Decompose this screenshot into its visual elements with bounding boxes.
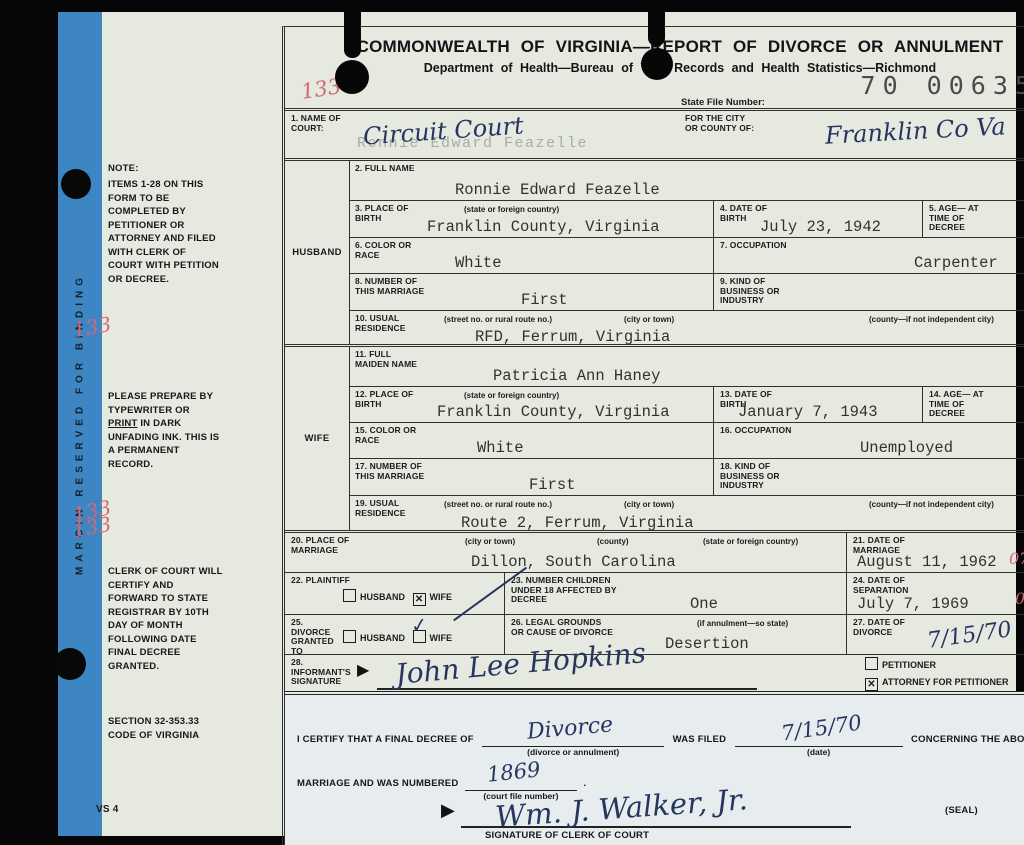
form-paper: MARGIN RESERVED FOR BINDING NOTE: ITEMS …	[58, 12, 1016, 836]
field-label: 10. USUAL RESIDENCE	[355, 314, 410, 333]
field-husband-full-name: 2. FULL NAME Ronnie Edward Feazelle	[349, 161, 1024, 201]
field-value: Dillon, South Carolina	[471, 553, 676, 571]
checkbox-attorney-label: ATTORNEY FOR PETITIONER	[882, 677, 1009, 687]
numbered-period: .	[583, 778, 586, 789]
field-value: First	[529, 476, 576, 494]
field-value: July 23, 1942	[760, 218, 881, 236]
field-husband-date-of-birth: 4. DATE OF BIRTH July 23, 1942	[714, 201, 923, 238]
binding-margin-stripe: MARGIN RESERVED FOR BINDING	[58, 12, 102, 836]
field-value: Ronnie Edward Feazelle	[455, 181, 660, 199]
petitioner-checkbox-row: PETITIONER	[865, 657, 936, 670]
field-children-under-18: 23. NUMBER CHILDREN UNDER 18 AFFECTED BY…	[505, 573, 847, 615]
field-value: Carpenter	[914, 254, 998, 272]
checkbox-attorney-checked: ✕	[865, 678, 878, 691]
field-hint: (street no. or rural route no.)	[444, 315, 552, 324]
field-label: 19. USUAL RESIDENCE	[355, 499, 410, 518]
note-typewriter: PLEASE PREPARE BY TYPEWRITER OR PRINT IN…	[108, 390, 222, 471]
field-label: 15. COLOR OR RACE	[355, 426, 425, 445]
field-value: Unemployed	[860, 439, 953, 457]
binder-mark-icon	[648, 0, 665, 46]
punch-hole-icon	[54, 648, 86, 680]
field-value-handwritten: 7/15/70	[926, 617, 1013, 654]
field-label: 25. DIVORCE GRANTED TO	[291, 618, 339, 656]
note-clerk: CLERK OF COURT WILL CERTIFY AND FORWARD …	[108, 565, 224, 673]
field-label: 20. PLACE OF MARRIAGE	[291, 536, 361, 555]
field-husband-number-of-marriage: 8. NUMBER OF THIS MARRIAGE First	[349, 274, 714, 311]
was-filed-label: WAS FILED	[673, 734, 727, 745]
field-hint: (state or foreign country)	[464, 205, 559, 214]
checkbox-petitioner	[865, 657, 878, 670]
checkbox-husband-label: HUSBAND	[360, 592, 405, 602]
field-wife-kind-of-business: 18. KIND OF BUSINESS OR INDUSTRY	[714, 459, 1024, 496]
field-value: Patricia Ann Haney	[493, 367, 660, 385]
court-for-label: FOR THE CITY OR COUNTY OF:	[685, 114, 760, 133]
field-wife-age: 14. AGE— AT TIME OF DECREE	[923, 387, 1024, 423]
checkbox-wife-label: WIFE	[430, 592, 453, 602]
field-label: 24. DATE OF SEPARATION	[853, 576, 923, 595]
field-informant-signature: 28. INFORMANT'S SIGNATURE ▶ John Lee Hop…	[285, 655, 847, 694]
decree-value-handwritten: Divorce	[526, 712, 614, 744]
signature-line	[377, 688, 757, 690]
wife-section: WIFE 11. FULL MAIDEN NAME Patricia Ann H…	[285, 344, 1024, 530]
state-file-number-stamp: 70 006358	[861, 71, 1024, 100]
checkbox-wife-label: WIFE	[430, 633, 453, 643]
field-husband-occupation: 7. OCCUPATION Carpenter	[714, 238, 1024, 274]
red-annotation: 07	[1009, 549, 1024, 568]
court-for-value: Franklin Co Va	[824, 112, 1006, 149]
field-label: 22. PLAINTIFF	[291, 576, 361, 586]
certify-line: I CERTIFY THAT A FINAL DECREE OF Divorce…	[297, 729, 1024, 747]
field-hint: (street no. or rural route no.)	[444, 500, 552, 509]
field-hint: (city or town)	[465, 537, 515, 546]
field-wife-occupation: 16. OCCUPATION Unemployed	[714, 423, 1024, 459]
state-file-number-label: State File Number:	[681, 97, 765, 108]
field-label: 23. NUMBER CHILDREN UNDER 18 AFFECTED BY…	[511, 576, 636, 605]
filed-date-handwritten: 7/15/70	[779, 710, 863, 745]
punch-hole-icon	[61, 169, 91, 199]
field-label: 5. AGE— AT TIME OF DECREE	[929, 204, 984, 233]
field-hint: (city or town)	[624, 315, 674, 324]
handwritten-check-icon: ✓	[410, 620, 428, 633]
field-value: July 7, 1969	[857, 595, 969, 613]
field-value: Franklin County, Virginia	[437, 403, 670, 421]
field-hint: (county—if not independent city)	[869, 500, 994, 509]
field-value: White	[477, 439, 524, 457]
field-value: White	[455, 254, 502, 272]
husband-section-label: HUSBAND	[285, 161, 350, 344]
field-hint: (state or foreign country)	[464, 391, 559, 400]
field-divorce-granted-to: 25. DIVORCE GRANTED TO HUSBAND ✓WIFE	[285, 615, 505, 655]
binder-mark-icon	[335, 60, 369, 94]
field-label: 26. LEGAL GROUNDS OR CAUSE OF DIVORCE	[511, 618, 616, 637]
checkbox-husband-label: HUSBAND	[360, 633, 405, 643]
field-plaintiff: 22. PLAINTIFF HUSBAND ✕WIFE	[285, 573, 505, 615]
field-date-of-separation: 24. DATE OF SEPARATION July 7, 1969 06	[847, 573, 1024, 615]
court-label: 1. NAME OF COURT:	[291, 114, 351, 133]
attorney-checkbox-row: ✕ATTORNEY FOR PETITIONER	[865, 677, 1009, 691]
red-annotation: 06	[1015, 589, 1024, 608]
field-label: 2. FULL NAME	[355, 164, 425, 174]
plaintiff-checkboxes: HUSBAND ✕WIFE	[343, 589, 452, 606]
field-husband-kind-of-business: 9. KIND OF BUSINESS OR INDUSTRY	[714, 274, 1024, 311]
field-value: Desertion	[665, 635, 749, 653]
field-label: 28. INFORMANT'S SIGNATURE	[291, 658, 351, 687]
note-typewriter-underlined: PRINT	[108, 418, 138, 429]
field-value: January 7, 1943	[738, 403, 878, 421]
divorce-report-form: COMMONWEALTH OF VIRGINIA—REPORT OF DIVOR…	[282, 26, 1024, 845]
field-label: 12. PLACE OF BIRTH	[355, 390, 425, 409]
note-title: NOTE:	[108, 162, 220, 176]
field-label: 27. DATE OF DIVORCE	[853, 618, 923, 637]
binding-margin-label: MARGIN RESERVED FOR BINDING	[58, 12, 102, 836]
field-label: 6. COLOR OR RACE	[355, 241, 425, 260]
binder-mark-icon	[344, 0, 361, 58]
field-date-of-divorce: 27. DATE OF DIVORCE 7/15/70	[847, 615, 1024, 655]
field-wife-color-or-race: 15. COLOR OR RACE White	[349, 423, 714, 459]
decree-fill: Divorce (divorce or annulment)	[482, 732, 664, 747]
decree-hint: (divorce or annulment)	[482, 747, 664, 757]
file-number-handwritten: 1869	[486, 757, 542, 786]
field-wife-full-name: 11. FULL MAIDEN NAME Patricia Ann Haney	[349, 347, 1024, 387]
note-typewriter-a: PLEASE PREPARE BY TYPEWRITER OR	[108, 391, 213, 416]
filed-date-fill: 7/15/70 (date)	[735, 732, 903, 747]
marriage-section: 20. PLACE OF MARRIAGE (city or town) (co…	[285, 530, 1024, 691]
field-wife-number-of-marriage: 17. NUMBER OF THIS MARRIAGE First	[349, 459, 714, 496]
field-hint: (county)	[597, 537, 629, 546]
checkbox-husband	[343, 630, 356, 643]
clerk-signature-label: SIGNATURE OF CLERK OF COURT	[485, 830, 649, 841]
field-wife-residence: 19. USUAL RESIDENCE (street no. or rural…	[349, 496, 1024, 533]
note-items: ITEMS 1-28 ON THIS FORM TO BE COMPLETED …	[108, 178, 222, 286]
checkbox-wife-checked: ✕	[413, 593, 426, 606]
field-date-of-marriage: 21. DATE OF MARRIAGE August 11, 1962 07	[847, 533, 1024, 573]
numbered-line: MARRIAGE AND WAS NUMBERED 1869 (court fi…	[297, 773, 586, 791]
certify-suffix: CONCERNING THE ABOVE	[911, 734, 1024, 745]
checkbox-wife-checked: ✓	[413, 630, 426, 643]
file-number-fill: 1869 (court file number)	[465, 776, 577, 791]
numbered-prefix: MARRIAGE AND WAS NUMBERED	[297, 778, 458, 789]
arrowhead-icon: ▶	[357, 663, 369, 679]
field-hint: (county—if not independent city)	[869, 315, 994, 324]
field-husband-place-of-birth: 3. PLACE OF BIRTH (state or foreign coun…	[349, 201, 714, 238]
field-label: 16. OCCUPATION	[720, 426, 810, 436]
checkbox-petitioner-label: PETITIONER	[882, 660, 936, 670]
field-wife-place-of-birth: 12. PLACE OF BIRTH (state or foreign cou…	[349, 387, 714, 423]
field-hint: (if annulment—so state)	[697, 619, 788, 628]
field-place-of-marriage: 20. PLACE OF MARRIAGE (city or town) (co…	[285, 533, 847, 573]
field-husband-residence: 10. USUAL RESIDENCE (street no. or rural…	[349, 311, 1024, 347]
arrowhead-icon: ▶	[441, 801, 455, 819]
field-label: 18. KIND OF BUSINESS OR INDUSTRY	[720, 462, 790, 491]
court-row: 1. NAME OF COURT: Ronnie Edward Feazelle…	[285, 108, 1024, 158]
field-husband-color-or-race: 6. COLOR OR RACE White	[349, 238, 714, 274]
field-hint: (city or town)	[624, 500, 674, 509]
field-label: 17. NUMBER OF THIS MARRIAGE	[355, 462, 425, 481]
husband-section: HUSBAND 2. FULL NAME Ronnie Edward Feaze…	[285, 158, 1024, 344]
field-label: 7. OCCUPATION	[720, 241, 810, 251]
margin-notes: NOTE: ITEMS 1-28 ON THIS FORM TO BE COMP…	[106, 12, 222, 836]
field-value: One	[690, 595, 718, 613]
checkbox-husband	[343, 589, 356, 602]
binder-mark-icon	[641, 48, 673, 80]
field-label: 11. FULL MAIDEN NAME	[355, 350, 425, 369]
field-hint: (state or foreign country)	[703, 537, 798, 546]
granted-to-checkboxes: HUSBAND ✓WIFE	[343, 630, 452, 643]
seal-label: (SEAL)	[945, 805, 978, 816]
wife-section-label: WIFE	[285, 347, 350, 530]
scanned-divorce-report: MARGIN RESERVED FOR BINDING NOTE: ITEMS …	[0, 0, 1024, 845]
certify-prefix: I CERTIFY THAT A FINAL DECREE OF	[297, 734, 474, 745]
field-value: August 11, 1962	[857, 553, 997, 571]
field-wife-date-of-birth: 13. DATE OF BIRTH January 7, 1943	[714, 387, 923, 423]
form-code: VS 4	[96, 803, 156, 817]
field-label: 14. AGE— AT TIME OF DECREE	[929, 390, 984, 419]
field-husband-age: 5. AGE— AT TIME OF DECREE	[923, 201, 1024, 238]
note-section-code: SECTION 32-353.33 CODE OF VIRGINIA	[108, 715, 222, 742]
field-value: First	[521, 291, 568, 309]
field-label: 8. NUMBER OF THIS MARRIAGE	[355, 277, 425, 296]
field-value: Franklin County, Virginia	[427, 218, 660, 236]
certification-section: I CERTIFY THAT A FINAL DECREE OF Divorce…	[285, 691, 1024, 845]
date-hint: (date)	[735, 747, 903, 757]
field-label: 9. KIND OF BUSINESS OR INDUSTRY	[720, 277, 790, 306]
field-label: 3. PLACE OF BIRTH	[355, 204, 425, 223]
